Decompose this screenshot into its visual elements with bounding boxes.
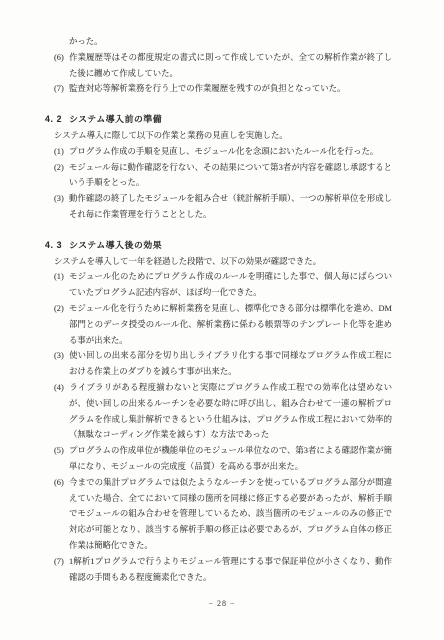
leading-item-list: (6)作業履歴等はその都度規定の書式に則って作成していたが、全ての解析作業が終了… [54, 50, 392, 97]
item-number: (1) [54, 269, 69, 285]
list-item: (7)1解析1プログラムで行うよりモジュール管理にする事で保証単位が小さくなり、… [54, 554, 392, 586]
list-item: (6)今までの集計プログラムでは似たようなルーチンを使っているプログラム部分が間… [54, 475, 392, 554]
page-number: − 28 − [0, 599, 444, 608]
section-heading: 4. 2システム導入前の準備 [45, 112, 392, 128]
section-heading: 4. 3システム導入後の効果 [45, 238, 392, 254]
item-number: (2) [54, 160, 69, 176]
item-text: プログラムの作成単位が機能単位のモジュール単位なので、第3者による確認作業が簡単… [69, 446, 392, 471]
item-text: モジュール毎に動作確認を行ない、その結果について第3者が内容を確認し承認するとい… [69, 163, 392, 188]
document-section: 4. 2システム導入前の準備システム導入に際して以下の作業と業務の見直しを実施し… [54, 112, 392, 223]
item-text: ライブラリがある程度揃わないと実際にプログラム作成工程での効率化は望めないが、使… [69, 383, 392, 439]
item-text: 1解析1プログラムで行うよりモジュール管理にする事で保証単位が小さくなり、動作確… [69, 557, 392, 582]
item-number: (5) [54, 443, 69, 459]
item-text: 動作確認の終了したモジュールを組み合せ（統計解析手順）、一つの解析単位を形成しそ… [69, 194, 392, 219]
item-number: (3) [54, 348, 69, 364]
item-number: (4) [54, 380, 69, 396]
item-number: (1) [54, 144, 69, 160]
carryover-text-line: かった。 [54, 34, 392, 50]
section-number: 4. 3 [45, 240, 62, 250]
list-item: (5)プログラムの作成単位が機能単位のモジュール単位なので、第3者による確認作業… [54, 443, 392, 475]
item-number: (2) [54, 301, 69, 317]
list-item: (1)プログラム作成の手順を見直し、モジュール化を念頭においたルール化を行った。 [54, 144, 392, 160]
list-item: (3)動作確認の終了したモジュールを組み合せ（統計解析手順）、一つの解析単位を形… [54, 191, 392, 223]
list-item: (7)監査対応等解析業務を行う上での作業履歴を残すのが負担となっていた。 [54, 81, 392, 97]
item-text: 作業履歴等はその都度規定の書式に則って作成していたが、全ての解析作業が終了した後… [69, 53, 392, 78]
item-number: (6) [54, 475, 69, 491]
list-item: (4)ライブラリがある程度揃わないと実際にプログラム作成工程での効率化は望めない… [54, 380, 392, 443]
section-list: 4. 2システム導入前の準備システム導入に際して以下の作業と業務の見直しを実施し… [54, 112, 392, 585]
list-item: (1)モジュール化のためにプログラム作成のルールを明確にした事で、個人毎にばらつ… [54, 269, 392, 301]
page-content: かった。 (6)作業履歴等はその都度規定の書式に則って作成していたが、全ての解析… [54, 34, 392, 585]
section-title: システム導入前の準備 [69, 114, 162, 124]
item-text: モジュール化のためにプログラム作成のルールを明確にした事で、個人毎にばらついてい… [69, 272, 392, 297]
item-text: プログラム作成の手順を見直し、モジュール化を念頭においたルール化を行った。 [69, 147, 378, 156]
item-text: 今までの集計プログラムでは似たようなルーチンを使っているプログラム部分が間違えて… [69, 478, 392, 550]
section-number: 4. 2 [45, 114, 62, 124]
item-number: (7) [54, 554, 69, 570]
list-item: (2)モジュール毎に動作確認を行ない、その結果について第3者が内容を確認し承認す… [54, 160, 392, 192]
item-number: (7) [54, 81, 69, 97]
document-section: 4. 3システム導入後の効果システムを導入して一年を経過した段階で、以下の効果が… [54, 238, 392, 586]
item-number: (6) [54, 50, 69, 66]
section-intro: システム導入に際して以下の作業と業務の見直しを実施した。 [54, 128, 392, 144]
item-text: 監査対応等解析業務を行う上での作業履歴を残すのが負担となっていた。 [69, 84, 345, 93]
list-item: (6)作業履歴等はその都度規定の書式に則って作成していたが、全ての解析作業が終了… [54, 50, 392, 82]
scanned-document-page: かった。 (6)作業履歴等はその都度規定の書式に則って作成していたが、全ての解析… [0, 0, 444, 640]
section-title: システム導入後の効果 [69, 240, 162, 250]
list-item: (2)モジュール化を行うために解析業務を見直し、標準化できる部分は標準化を進め、… [54, 301, 392, 348]
item-text: 使い回しの出来る部分を切り出しライブラリ化する事で同様なプログラム作成工程におけ… [69, 351, 392, 376]
item-text: モジュール化を行うために解析業務を見直し、標準化できる部分は標準化を進め、DM部… [69, 304, 392, 345]
section-intro: システムを導入して一年を経過した段階で、以下の効果が確認できた。 [54, 254, 392, 270]
list-item: (3)使い回しの出来る部分を切り出しライブラリ化する事で同様なプログラム作成工程… [54, 348, 392, 380]
item-number: (3) [54, 191, 69, 207]
